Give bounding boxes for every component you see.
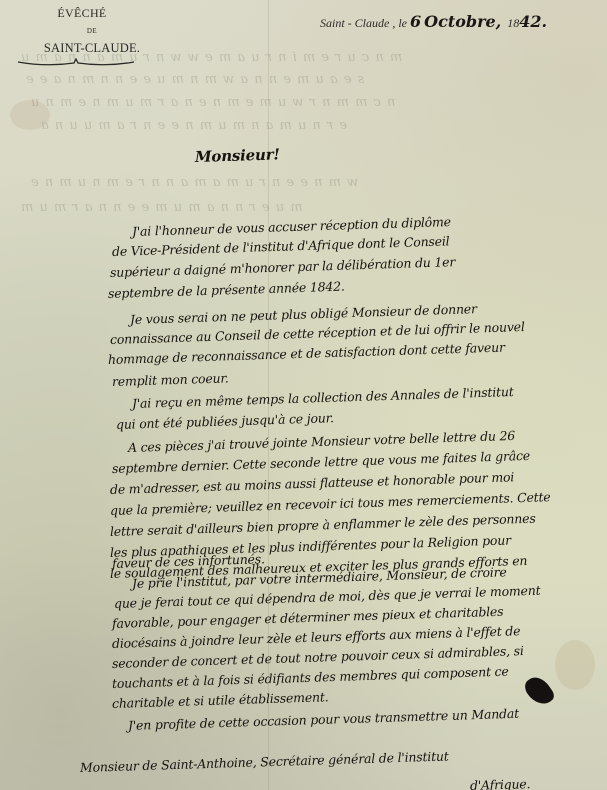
ornamental-brace-icon [16, 58, 136, 68]
bleed-through-text: w m n e e n r u m a m a n n r e m n u m … [30, 175, 363, 190]
bleed-through-text: n c m m n r w u m e m n e n a r m u m n … [30, 95, 401, 110]
date-le: le [398, 16, 407, 30]
date-month: Octobre, [424, 12, 501, 31]
body-line: supérieur a daigné m'honorer par la déli… [110, 254, 456, 280]
date-year-prefix: 18 [507, 16, 519, 30]
body-line: J'ai reçu en même temps la collection de… [132, 384, 514, 411]
salutation: Monsieur! [195, 145, 280, 166]
body-line: charitable et si utile établissement. [112, 689, 329, 711]
date-year-suffix: 42. [519, 12, 547, 31]
letter-page: m n c u r e m i n r u a m e w w n r u m … [0, 0, 607, 790]
closing-addressee-cont: d'Afrique. [470, 776, 531, 790]
letterhead-line-1: ÉVÊCHÉ [2, 6, 162, 21]
bleed-through-text: m u e r n n a m u m e e n n a r m u m [20, 200, 308, 215]
body-line: septembre de la présente année 1842. [108, 279, 345, 301]
bleed-through-text: e r n u m a n m u m n e e n r a m u u n … [40, 118, 352, 133]
ink-blot [521, 672, 556, 709]
date-day: 6 [410, 12, 421, 31]
letterhead-line-2: DE [22, 27, 162, 35]
date-place: Saint - Claude , [320, 16, 395, 30]
closing-addressee: Monsieur de Saint-Anthoine, Secrétaire g… [80, 748, 449, 775]
body-line: J'en profite de cette occasion pour vous… [128, 706, 519, 733]
body-line: remplit mon coeur. [112, 370, 229, 389]
body-line: qui ont été publiées jusqu'à ce jour. [116, 410, 334, 432]
letterhead: ÉVÊCHÉ DE SAINT-CLAUDE. [22, 6, 162, 68]
paper-stain [555, 640, 595, 690]
dateline: Saint - Claude , le 6 Octobre, 1842. [320, 12, 547, 31]
bleed-through-text: s e a u m e n n a w m n m u e e n n m n … [25, 72, 370, 87]
letterhead-line-3: SAINT-CLAUDE. [22, 41, 162, 56]
